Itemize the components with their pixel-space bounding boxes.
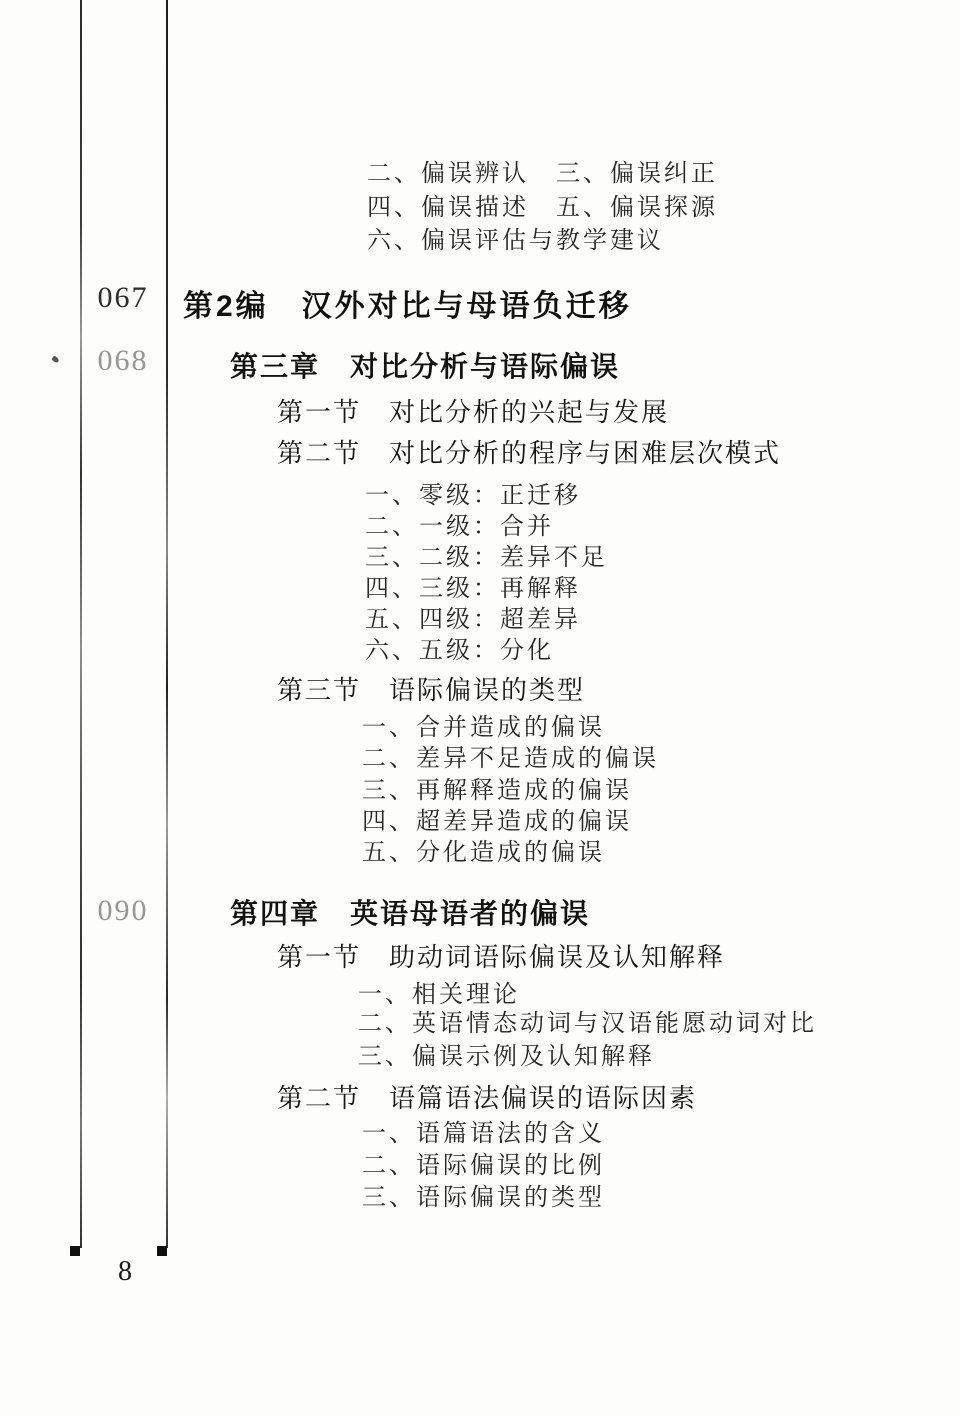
toc-section-heading: 第一节 对比分析的兴起与发展 — [277, 392, 669, 429]
left-rule-endcap-square — [70, 1246, 80, 1256]
toc-item: 三、再解释造成的偏误 — [362, 770, 632, 805]
toc-chapter-heading: 第四章 英语母语者的偏误 — [230, 892, 590, 932]
right-margin-rule — [166, 0, 168, 1248]
margin-page-number-090: 090 — [84, 894, 162, 928]
left-margin-rule — [80, 0, 82, 1248]
margin-page-number-068: 068 — [84, 344, 162, 378]
toc-item: 五、四级：超差异 — [365, 599, 581, 634]
toc-chapter-heading: 第三章 对比分析与语际偏误 — [230, 345, 620, 385]
book-page: { "margin_page_numbers": [ { "value": "0… — [0, 0, 960, 1416]
toc-section-heading: 第一节 助动词语际偏误及认知解释 — [277, 937, 725, 974]
toc-item: 二、英语情态动词与汉语能愿动词对比 — [358, 1003, 817, 1038]
toc-section-heading: 第二节 语篇语法偏误的语际因素 — [277, 1078, 697, 1115]
toc-item: 六、偏误评估与教学建议 — [367, 220, 664, 255]
toc-item: 三、二级：差异不足 — [365, 537, 608, 572]
toc-item: 一、语篇语法的含义 — [362, 1113, 605, 1148]
toc-item: 四、超差异造成的偏误 — [362, 801, 632, 836]
toc-item: 三、偏误示例及认知解释 — [358, 1036, 655, 1071]
toc-section-heading: 第三节 语际偏误的类型 — [277, 670, 585, 707]
toc-item: 二、语际偏误的比例 — [362, 1145, 605, 1180]
toc-item: 四、偏误描述 五、偏误探源 — [367, 187, 718, 222]
right-rule-endcap-square — [157, 1246, 167, 1256]
toc-item: 四、三级：再解释 — [365, 568, 581, 603]
toc-item: 一、零级：正迁移 — [365, 475, 581, 510]
toc-part-heading: 第2编 汉外对比与母语负迁移 — [183, 281, 632, 325]
toc-item: 一、合并造成的偏误 — [362, 707, 605, 742]
scan-speck — [51, 355, 60, 363]
toc-item: 六、五级：分化 — [365, 630, 554, 665]
margin-page-number-067: 067 — [84, 281, 162, 315]
toc-item: 二、一级：合并 — [365, 506, 554, 541]
toc-item: 二、偏误辨认 三、偏误纠正 — [367, 153, 718, 188]
toc-item: 三、语际偏误的类型 — [362, 1177, 605, 1212]
toc-item: 五、分化造成的偏误 — [362, 832, 605, 867]
toc-item: 二、差异不足造成的偏误 — [362, 738, 659, 773]
footer-page-number: 8 — [118, 1256, 132, 1288]
toc-section-heading: 第二节 对比分析的程序与困难层次模式 — [277, 433, 781, 470]
